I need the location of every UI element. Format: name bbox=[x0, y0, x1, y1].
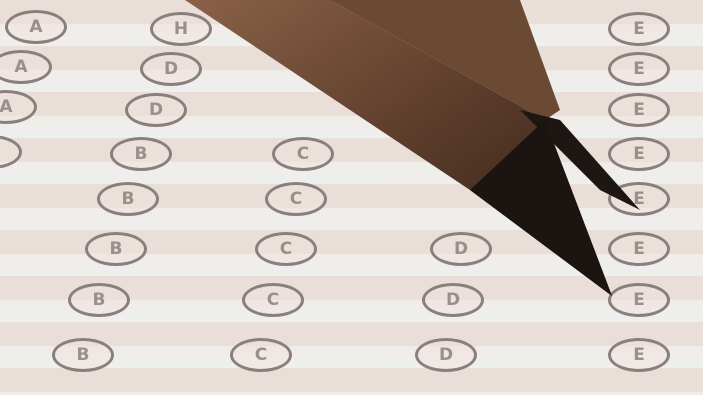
answer-bubble: C bbox=[272, 137, 334, 171]
answer-bubble: D bbox=[140, 52, 202, 86]
answer-bubble: C bbox=[242, 283, 304, 317]
answer-bubble: B bbox=[52, 338, 114, 372]
answer-bubble: D bbox=[430, 232, 492, 266]
answer-bubble: A bbox=[0, 135, 22, 169]
answer-bubble: D bbox=[125, 93, 187, 127]
answer-bubble: E bbox=[608, 93, 670, 127]
answer-bubble: E bbox=[608, 283, 670, 317]
answer-bubble: D bbox=[415, 338, 477, 372]
answer-bubble: E bbox=[608, 338, 670, 372]
answer-sheet-photo: AAAAHDDBBBBBCCCCCDDDEEEEEEEE bbox=[0, 0, 703, 395]
answer-bubble: E bbox=[608, 52, 670, 86]
answer-bubble: C bbox=[230, 338, 292, 372]
answer-bubble: C bbox=[255, 232, 317, 266]
answer-bubble: B bbox=[97, 182, 159, 216]
answer-bubble: B bbox=[68, 283, 130, 317]
answer-bubble: B bbox=[110, 137, 172, 171]
answer-bubble: A bbox=[0, 50, 52, 84]
answer-bubble: E bbox=[608, 12, 670, 46]
answer-bubble: E bbox=[608, 137, 670, 171]
answer-bubble: E bbox=[608, 182, 670, 216]
answer-bubble: H bbox=[150, 12, 212, 46]
answer-bubble: E bbox=[608, 232, 670, 266]
answer-bubble: A bbox=[0, 90, 37, 124]
answer-bubble: C bbox=[265, 182, 327, 216]
answer-bubble: B bbox=[85, 232, 147, 266]
answer-bubble: D bbox=[422, 283, 484, 317]
answer-bubble: A bbox=[5, 10, 67, 44]
